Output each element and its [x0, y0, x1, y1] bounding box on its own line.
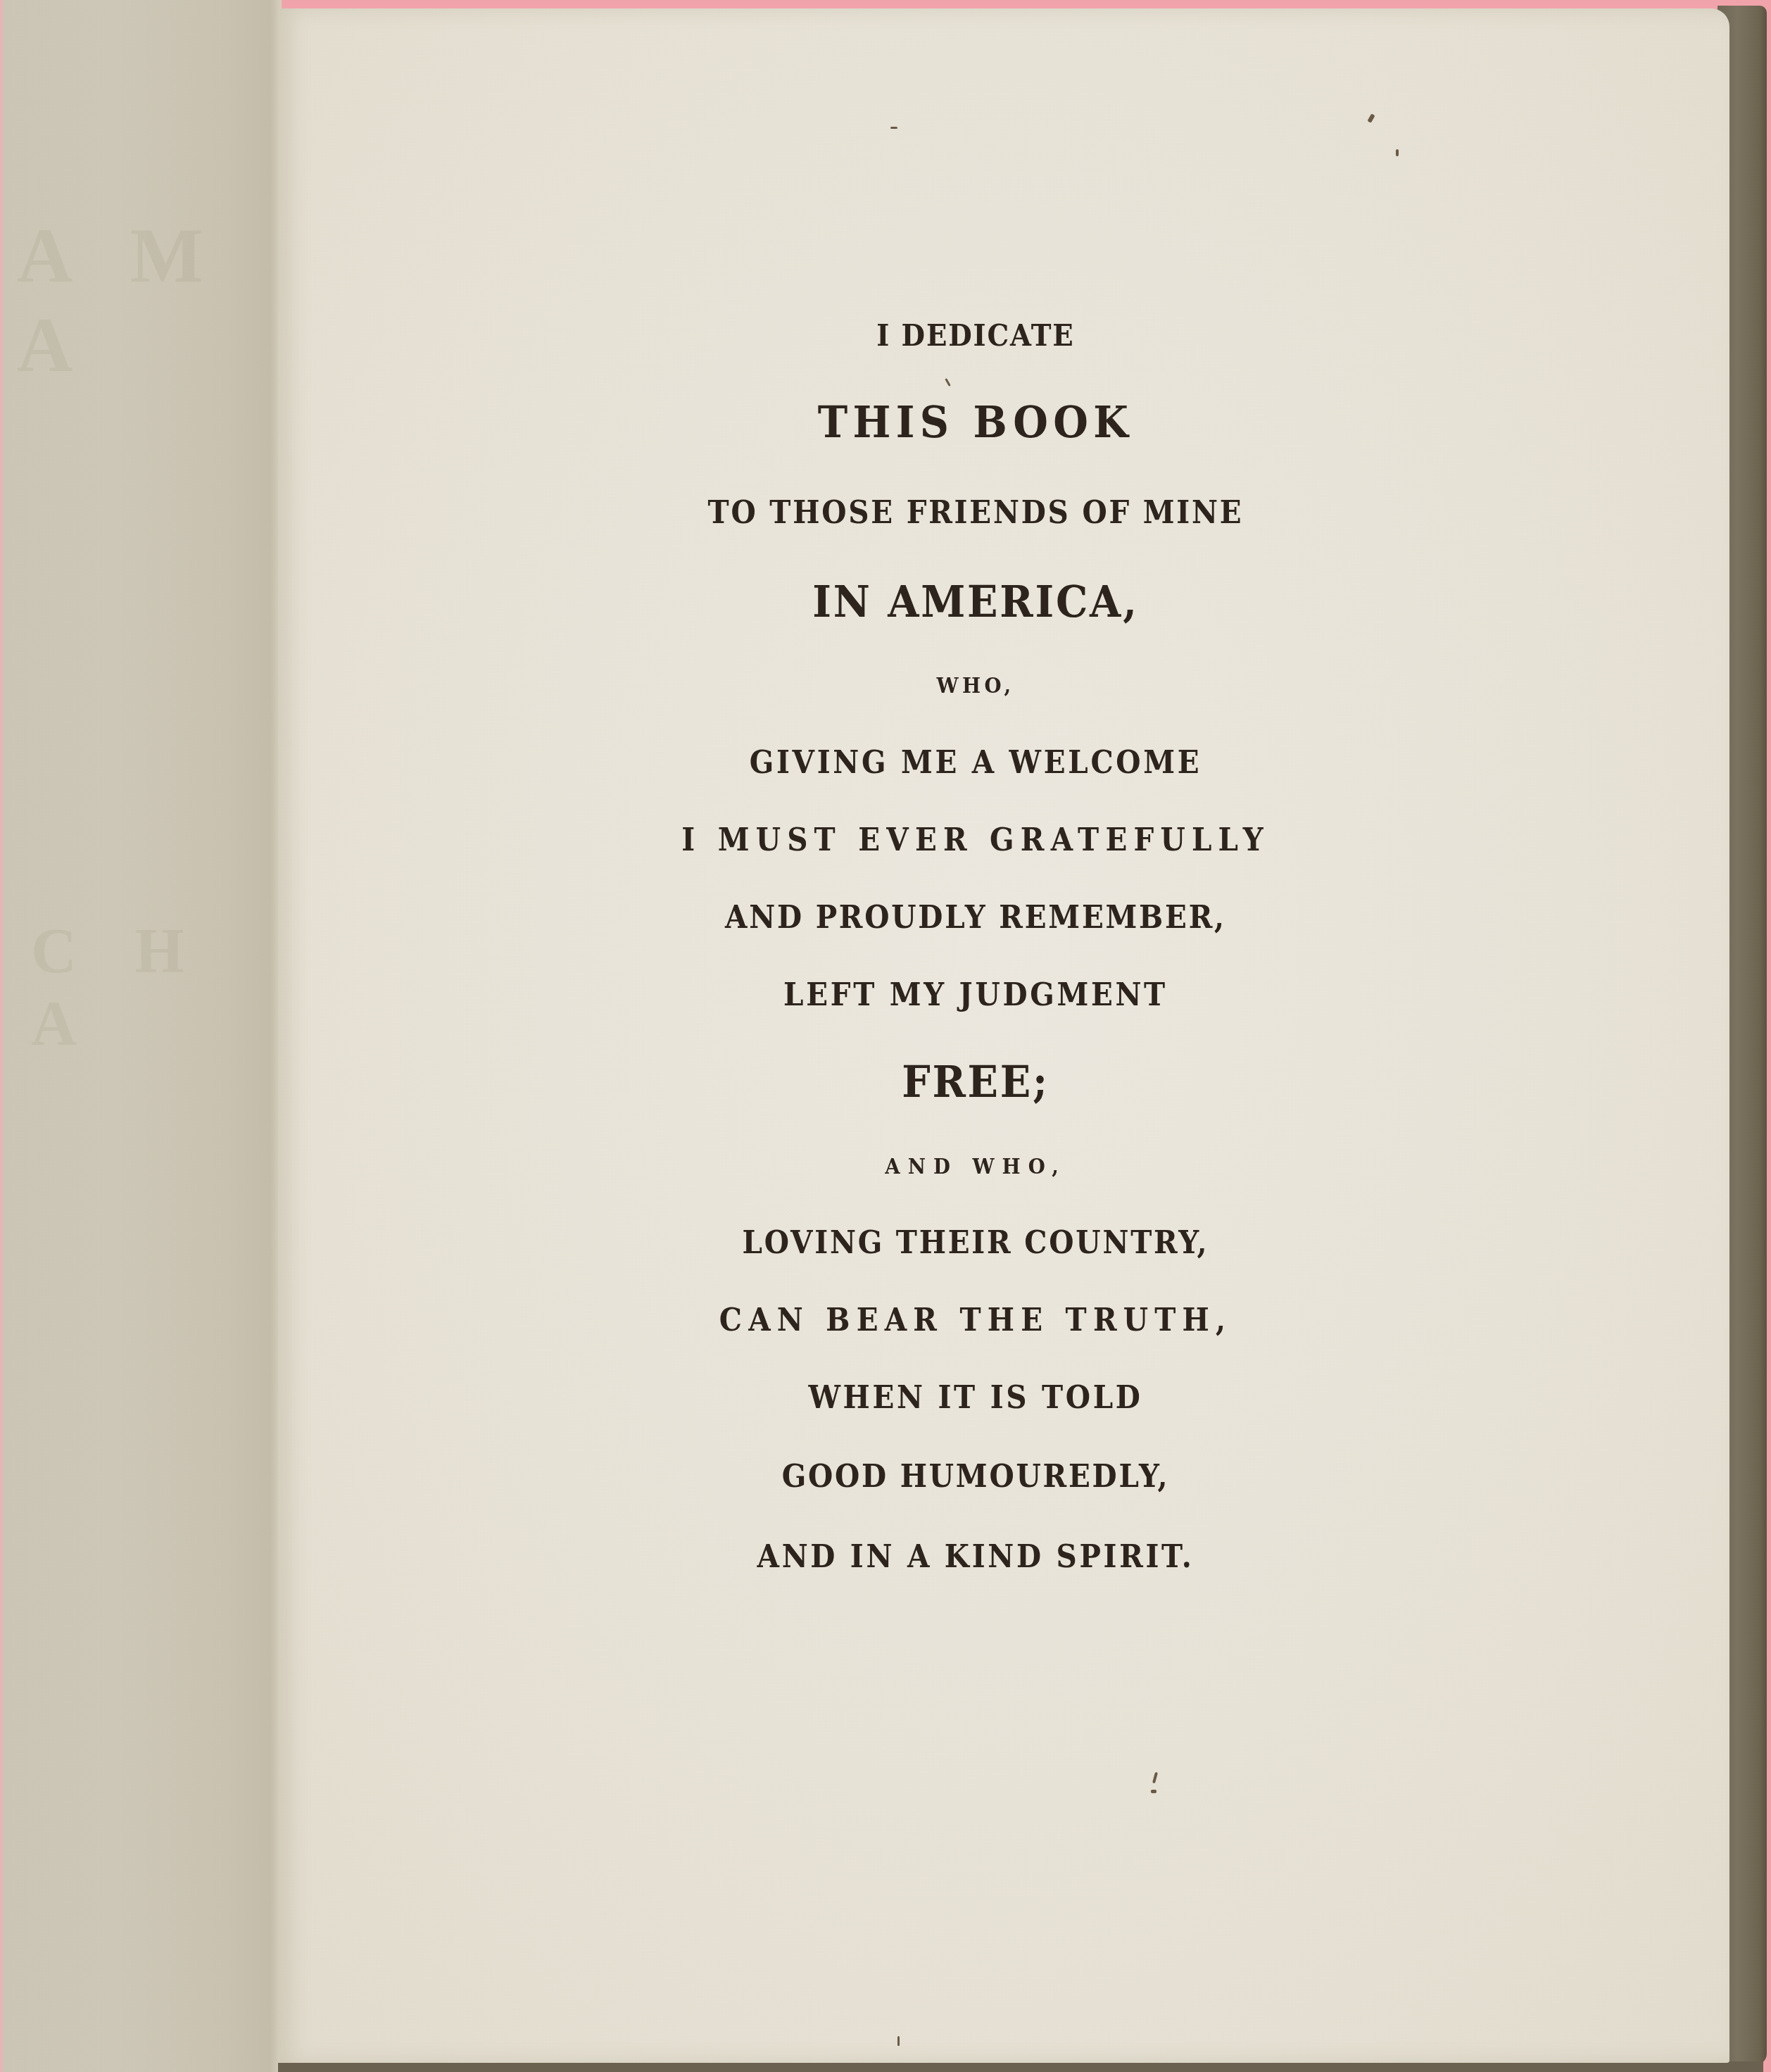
- dedication-line: AND WHO,: [282, 1155, 1670, 1179]
- paper-speck: [1367, 113, 1375, 123]
- dedication-line: LOVING THEIR COUNTRY,: [282, 1225, 1670, 1261]
- left-page: A M A C H A: [0, 0, 282, 2072]
- show-through-text: C H A: [31, 915, 282, 1060]
- paper-speck: [890, 127, 897, 129]
- dedication-line: GIVING ME A WELCOME: [282, 745, 1670, 781]
- dedication-line: LEFT MY JUDGMENT: [282, 977, 1670, 1013]
- dedication-line: I MUST EVER GRATEFULLY: [282, 822, 1670, 858]
- dedication-line: IN AMERICA,: [282, 576, 1670, 627]
- dedication-line: GOOD HUMOUREDLY,: [282, 1459, 1670, 1495]
- dedication-line: TO THOSE FRIENDS OF MINE: [282, 495, 1670, 531]
- dedication-line: WHEN IT IS TOLD: [282, 1380, 1670, 1416]
- dedication-line: FREE;: [282, 1056, 1670, 1107]
- paper-speck: [1152, 1772, 1158, 1783]
- dedication-line: CAN BEAR THE TRUTH,: [282, 1302, 1670, 1338]
- dedication-line: AND PROUDLY REMEMBER,: [282, 900, 1670, 936]
- paper-speck: [897, 2036, 900, 2046]
- dedication-line: AND IN A KIND SPIRIT.: [282, 1539, 1670, 1575]
- book-cover-bottom-edge: [278, 2061, 1763, 2072]
- paper-speck: [1151, 1790, 1156, 1793]
- dedication-line: WHO,: [282, 674, 1670, 698]
- dedication-page: I DEDICATETHIS BOOKTO THOSE FRIENDS OF M…: [278, 8, 1729, 2063]
- paper-speck: [945, 378, 951, 387]
- show-through-text: A M A: [17, 211, 282, 390]
- dedication-line: THIS BOOK: [282, 396, 1670, 448]
- dedication-line: I DEDICATE: [282, 318, 1670, 353]
- paper-speck: [1396, 149, 1399, 156]
